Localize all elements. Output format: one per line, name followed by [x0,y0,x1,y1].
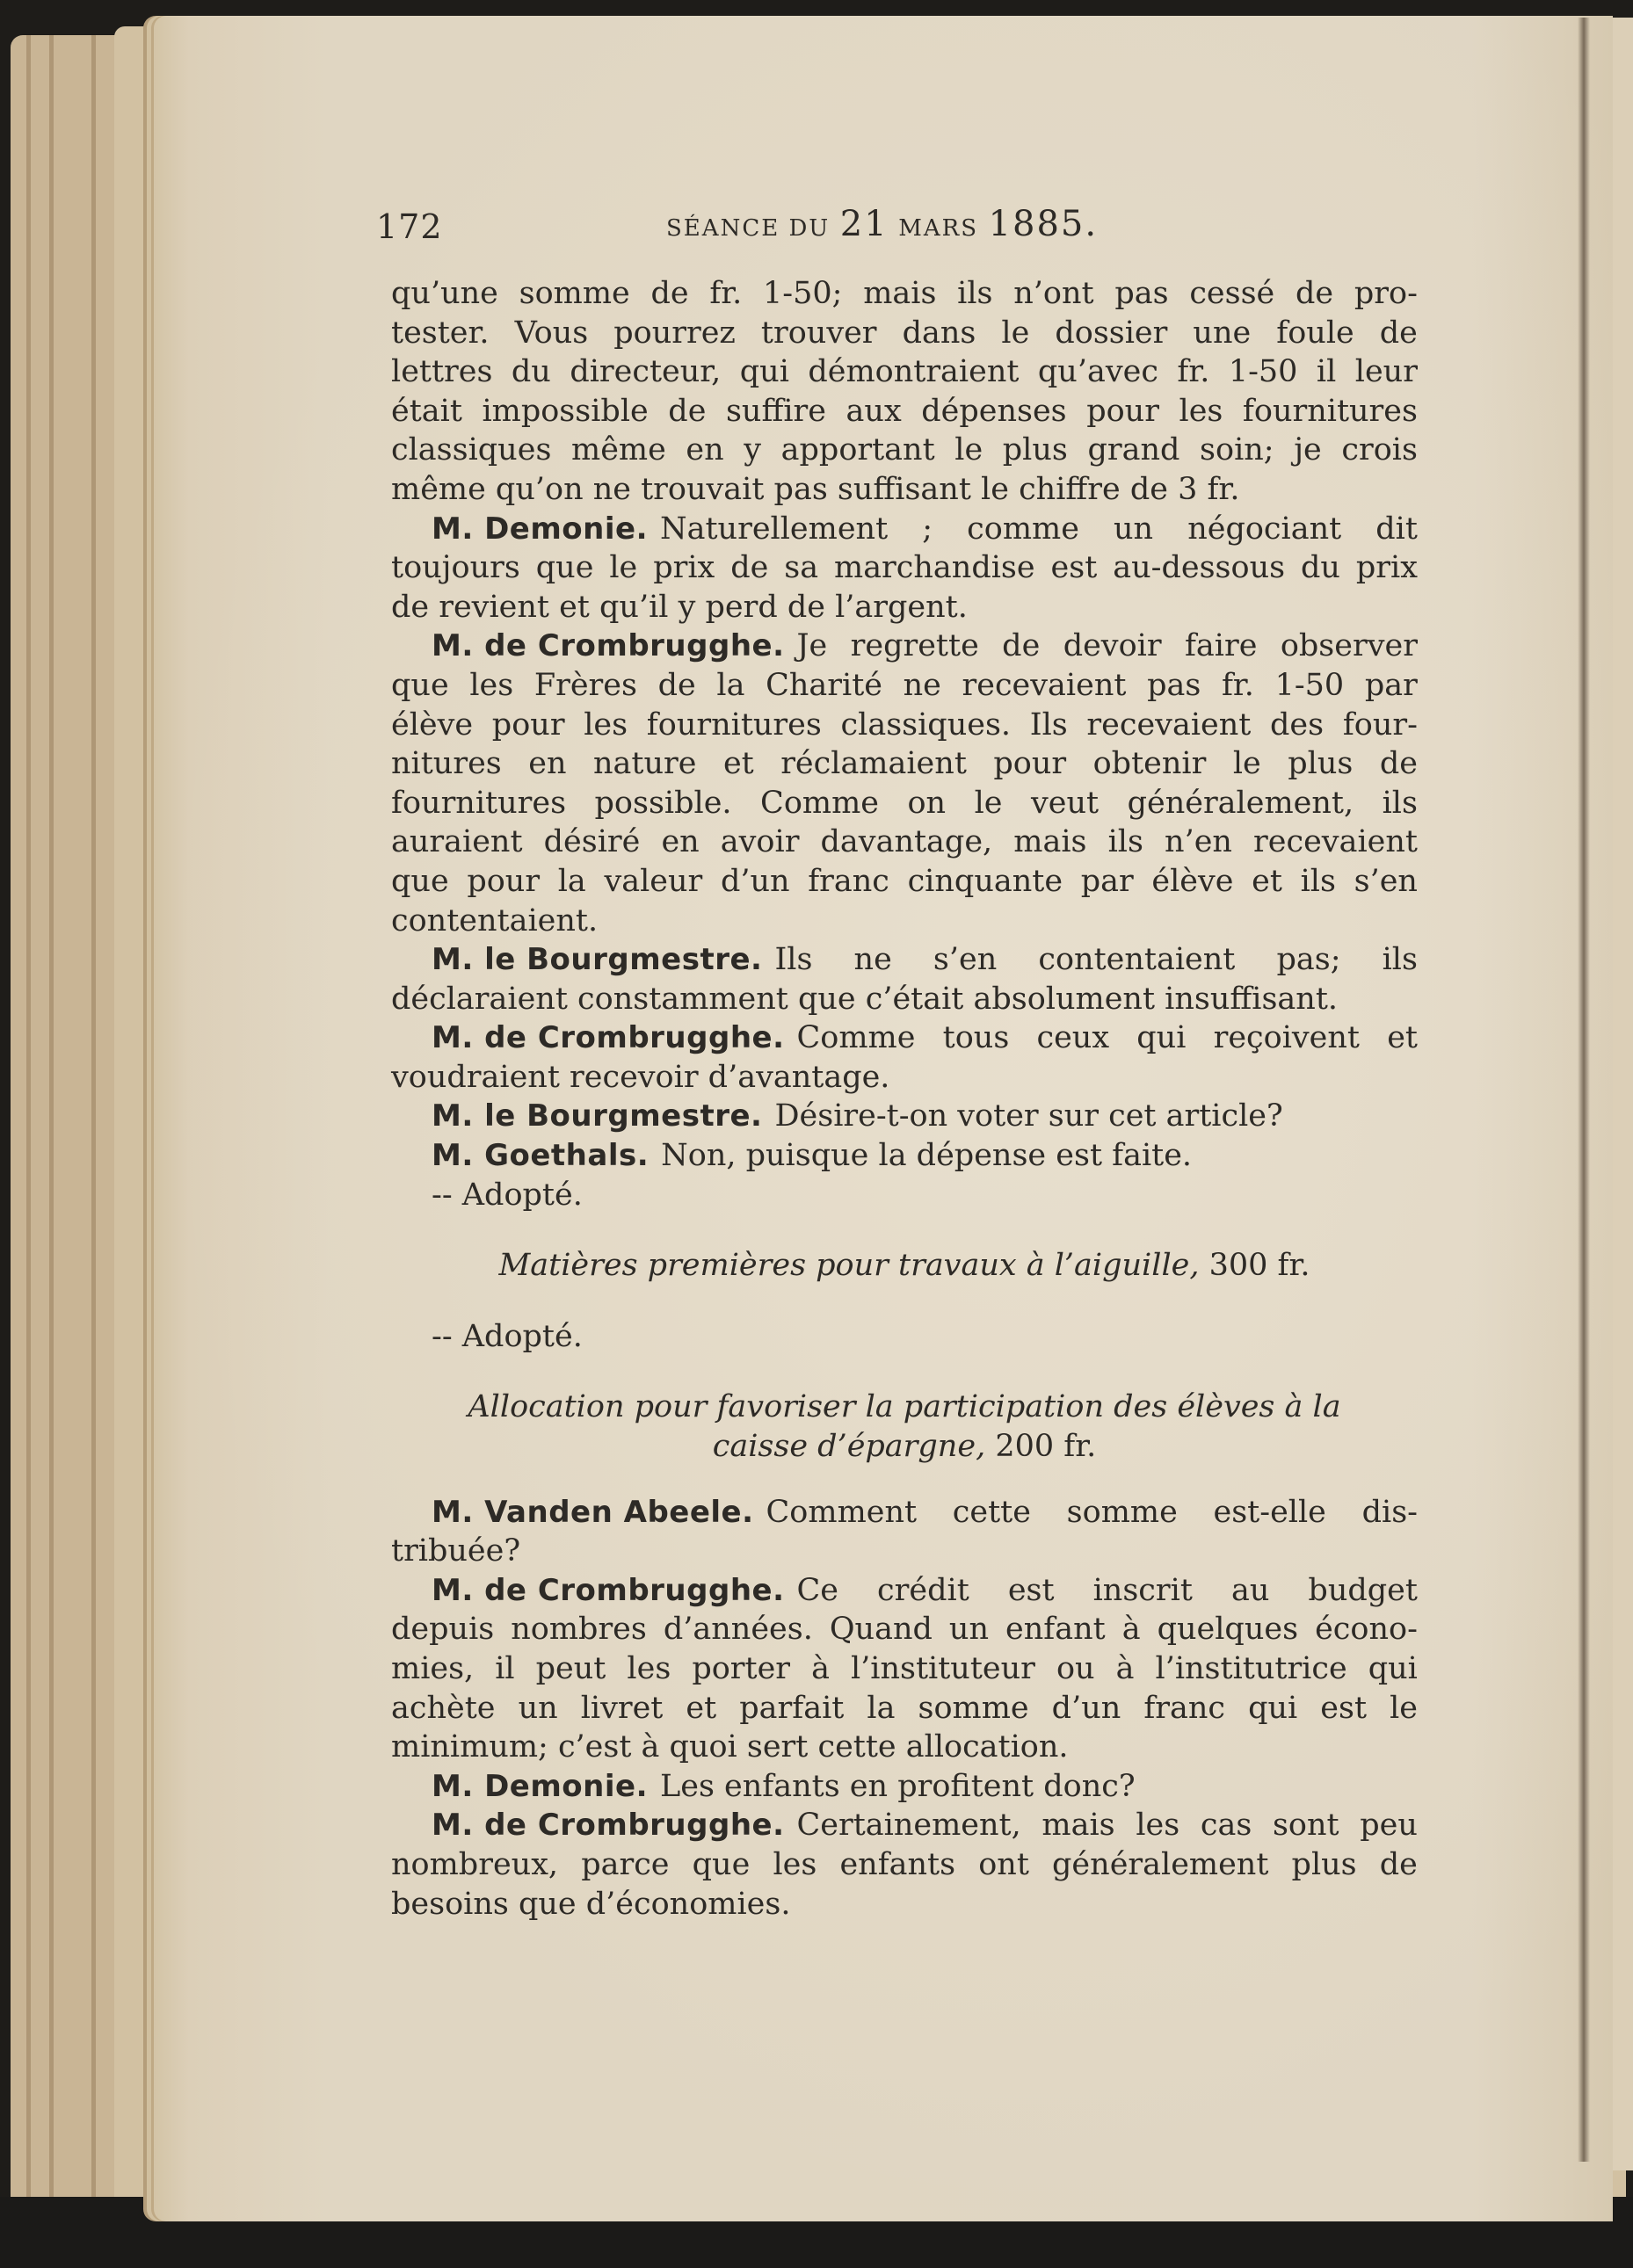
text-line: étaitimpossibledesuffireauxdépensespourl… [391,392,1418,431]
budget-item-amount: 300 fr. [1209,1248,1310,1283]
speech: M. le Bourgmestre. Désire-t-on voter sur… [391,1097,1418,1136]
session-day: 21 [840,204,889,244]
speech-text: Les enfants en profitent donc? [660,1767,1136,1807]
speech-text: Commetousceuxquireçoiventet [797,1018,1419,1058]
text-line: achèteunlivretetparfaitlasommed’unfrancq… [391,1689,1418,1728]
running-head: 172 SÉANCE DU 21 MARS 1885. [376,200,1396,253]
budget-item-amount: 200 fr. [995,1429,1096,1464]
speaker-name: M. le Bourgmestre. [432,940,762,980]
speech-first-line: M. Goethals. Non, puisque la dépense est… [391,1136,1418,1176]
text-line: toujoursqueleprixdesamarchandiseestau-de… [391,548,1418,588]
text-line: qu’unesommedefr.1-50;maisilsn’ontpascess… [391,274,1418,314]
speech-text: Non, puisque la dépense est faite. [661,1136,1192,1176]
text-line: fourniturespossible.Commeonleveutgénéral… [391,784,1418,823]
budget-item-title-line: Allocation pour favoriser la participati… [391,1388,1418,1427]
adopted-verdict: -- Adopté. [391,1176,1418,1215]
speech-first-line: M. le Bourgmestre. Ilsnes’encontentaient… [391,940,1418,980]
text-line: mies,ilpeutlesporteràl’instituteurouàl’i… [391,1649,1418,1689]
speaker-name: M. Demonie. [432,1767,648,1807]
page-number: 172 [376,207,443,246]
text-line: même qu’on ne trouvait pas suffisant le … [391,470,1418,510]
speech: M. de Crombrugghe. Commetousceuxquireçoi… [391,1018,1418,1097]
text-line: auraientdésiréenavoirdavantage,maisilsn’… [391,822,1418,862]
adopted-verdict: -- Adopté. [391,1317,1418,1357]
body-text: qu’unesommedefr.1-50;maisilsn’ontpascess… [391,274,1418,1924]
speech-text: Certainement,maislescassontpeu [797,1806,1419,1845]
speech-first-line: M. Demonie. Les enfants en profitent don… [391,1767,1418,1807]
session-year: 1885. [989,204,1099,244]
budget-item-title: caisse d’épargne, [713,1429,985,1464]
speech: M. de Crombrugghe. Certainement,maislesc… [391,1806,1418,1924]
speech: M. Vanden Abeele. Commentcettesommeest-e… [391,1493,1418,1571]
text-line: voudraient recevoir d’avantage. [391,1058,1418,1098]
spacer [391,1214,1418,1246]
budget-item-heading: Allocation pour favoriser la participati… [391,1388,1418,1466]
speech-text: Ilsnes’encontentaientpas;ils [774,940,1418,980]
budget-item-title-line2: caisse d’épargne, 200 fr. [391,1427,1418,1467]
session-prefix: SÉANCE DU [666,215,830,242]
text-line: élèvepourlesfournituresclassiques.Ilsrec… [391,706,1418,745]
text-line: quelesFrèresdelaChariténerecevaientpasfr… [391,666,1418,706]
page-content: 172 SÉANCE DU 21 MARS 1885. qu’unesommed… [0,0,1633,2268]
text-line: quepourlavaleurd’unfranccinquanteparélèv… [391,862,1418,902]
speaker-name: M. le Bourgmestre. [432,1097,762,1136]
spacer [391,1467,1418,1493]
speaker-name: M. de Crombrugghe. [432,1018,785,1058]
text-line: nombreux,parcequelesenfantsontgénéraleme… [391,1845,1418,1885]
speech: M. de Crombrugghe. Jeregrettededevoirfai… [391,627,1418,940]
spacer [391,1356,1418,1388]
spacer [391,1286,1418,1317]
text-line: nituresennatureetréclamaientpourobtenirl… [391,744,1418,784]
text-line: classiquesmêmeenyapportantleplusgrandsoi… [391,431,1418,470]
text-line: tester.Vouspourreztrouverdansledossierun… [391,314,1418,353]
text-line: tribuée? [391,1532,1418,1571]
budget-item-title: Matières premières pour travaux à l’aigu… [498,1248,1199,1283]
speech-first-line: M. de Crombrugghe. Cecréditestinscritaub… [391,1571,1418,1611]
text-line: besoins que d’économies. [391,1885,1418,1924]
speech-text: Commentcettesommeest-elledis- [766,1493,1418,1533]
text-line: lettresdudirecteur,quidémontraientqu’ave… [391,352,1418,392]
text-line: minimum; c’est à quoi sert cette allocat… [391,1728,1418,1767]
speech-text: Naturellement;commeunnégociantdit [660,510,1418,549]
session-month: MARS [898,215,978,242]
speech-text: Cecréditestinscritaubudget [797,1571,1419,1611]
text-line: déclaraient constamment que c’était abso… [391,980,1418,1019]
speech-first-line: M. Vanden Abeele. Commentcettesommeest-e… [391,1493,1418,1533]
speech: M. de Crombrugghe. Cecréditestinscritaub… [391,1571,1418,1767]
budget-item-heading: Matières premières pour travaux à l’aigu… [391,1246,1418,1286]
text-line: contentaient. [391,902,1418,941]
speaker-name: M. Goethals. [432,1136,649,1176]
speech-first-line: M. le Bourgmestre. Désire-t-on voter sur… [391,1097,1418,1136]
speech-text: Jeregrettededevoirfaireobserver [797,627,1419,666]
speaker-name: M. de Crombrugghe. [432,1571,785,1611]
paragraph: qu’unesommedefr.1-50;maisilsn’ontpascess… [391,274,1418,510]
speech-first-line: M. de Crombrugghe. Commetousceuxquireçoi… [391,1018,1418,1058]
speaker-name: M. de Crombrugghe. [432,1806,785,1845]
session-title: SÉANCE DU 21 MARS 1885. [666,204,1098,244]
speech: M. le Bourgmestre. Ilsnes’encontentaient… [391,940,1418,1018]
speaker-name: M. Demonie. [432,510,648,549]
speaker-name: M. Vanden Abeele. [432,1493,754,1533]
text-line: depuisnombresd’années.Quandunenfantàquel… [391,1610,1418,1649]
speech-first-line: M. de Crombrugghe. Jeregrettededevoirfai… [391,627,1418,666]
speech-first-line: M. Demonie. Naturellement;commeunnégocia… [391,510,1418,549]
speech: M. Demonie. Naturellement;commeunnégocia… [391,510,1418,627]
speech-first-line: M. de Crombrugghe. Certainement,maislesc… [391,1806,1418,1845]
speech: M. Goethals. Non, puisque la dépense est… [391,1136,1418,1176]
text-line: de revient et qu’il y perd de l’argent. [391,588,1418,627]
speech: M. Demonie. Les enfants en profitent don… [391,1767,1418,1807]
speaker-name: M. de Crombrugghe. [432,627,785,666]
speech-text: Désire-t-on voter sur cet article? [774,1097,1282,1136]
